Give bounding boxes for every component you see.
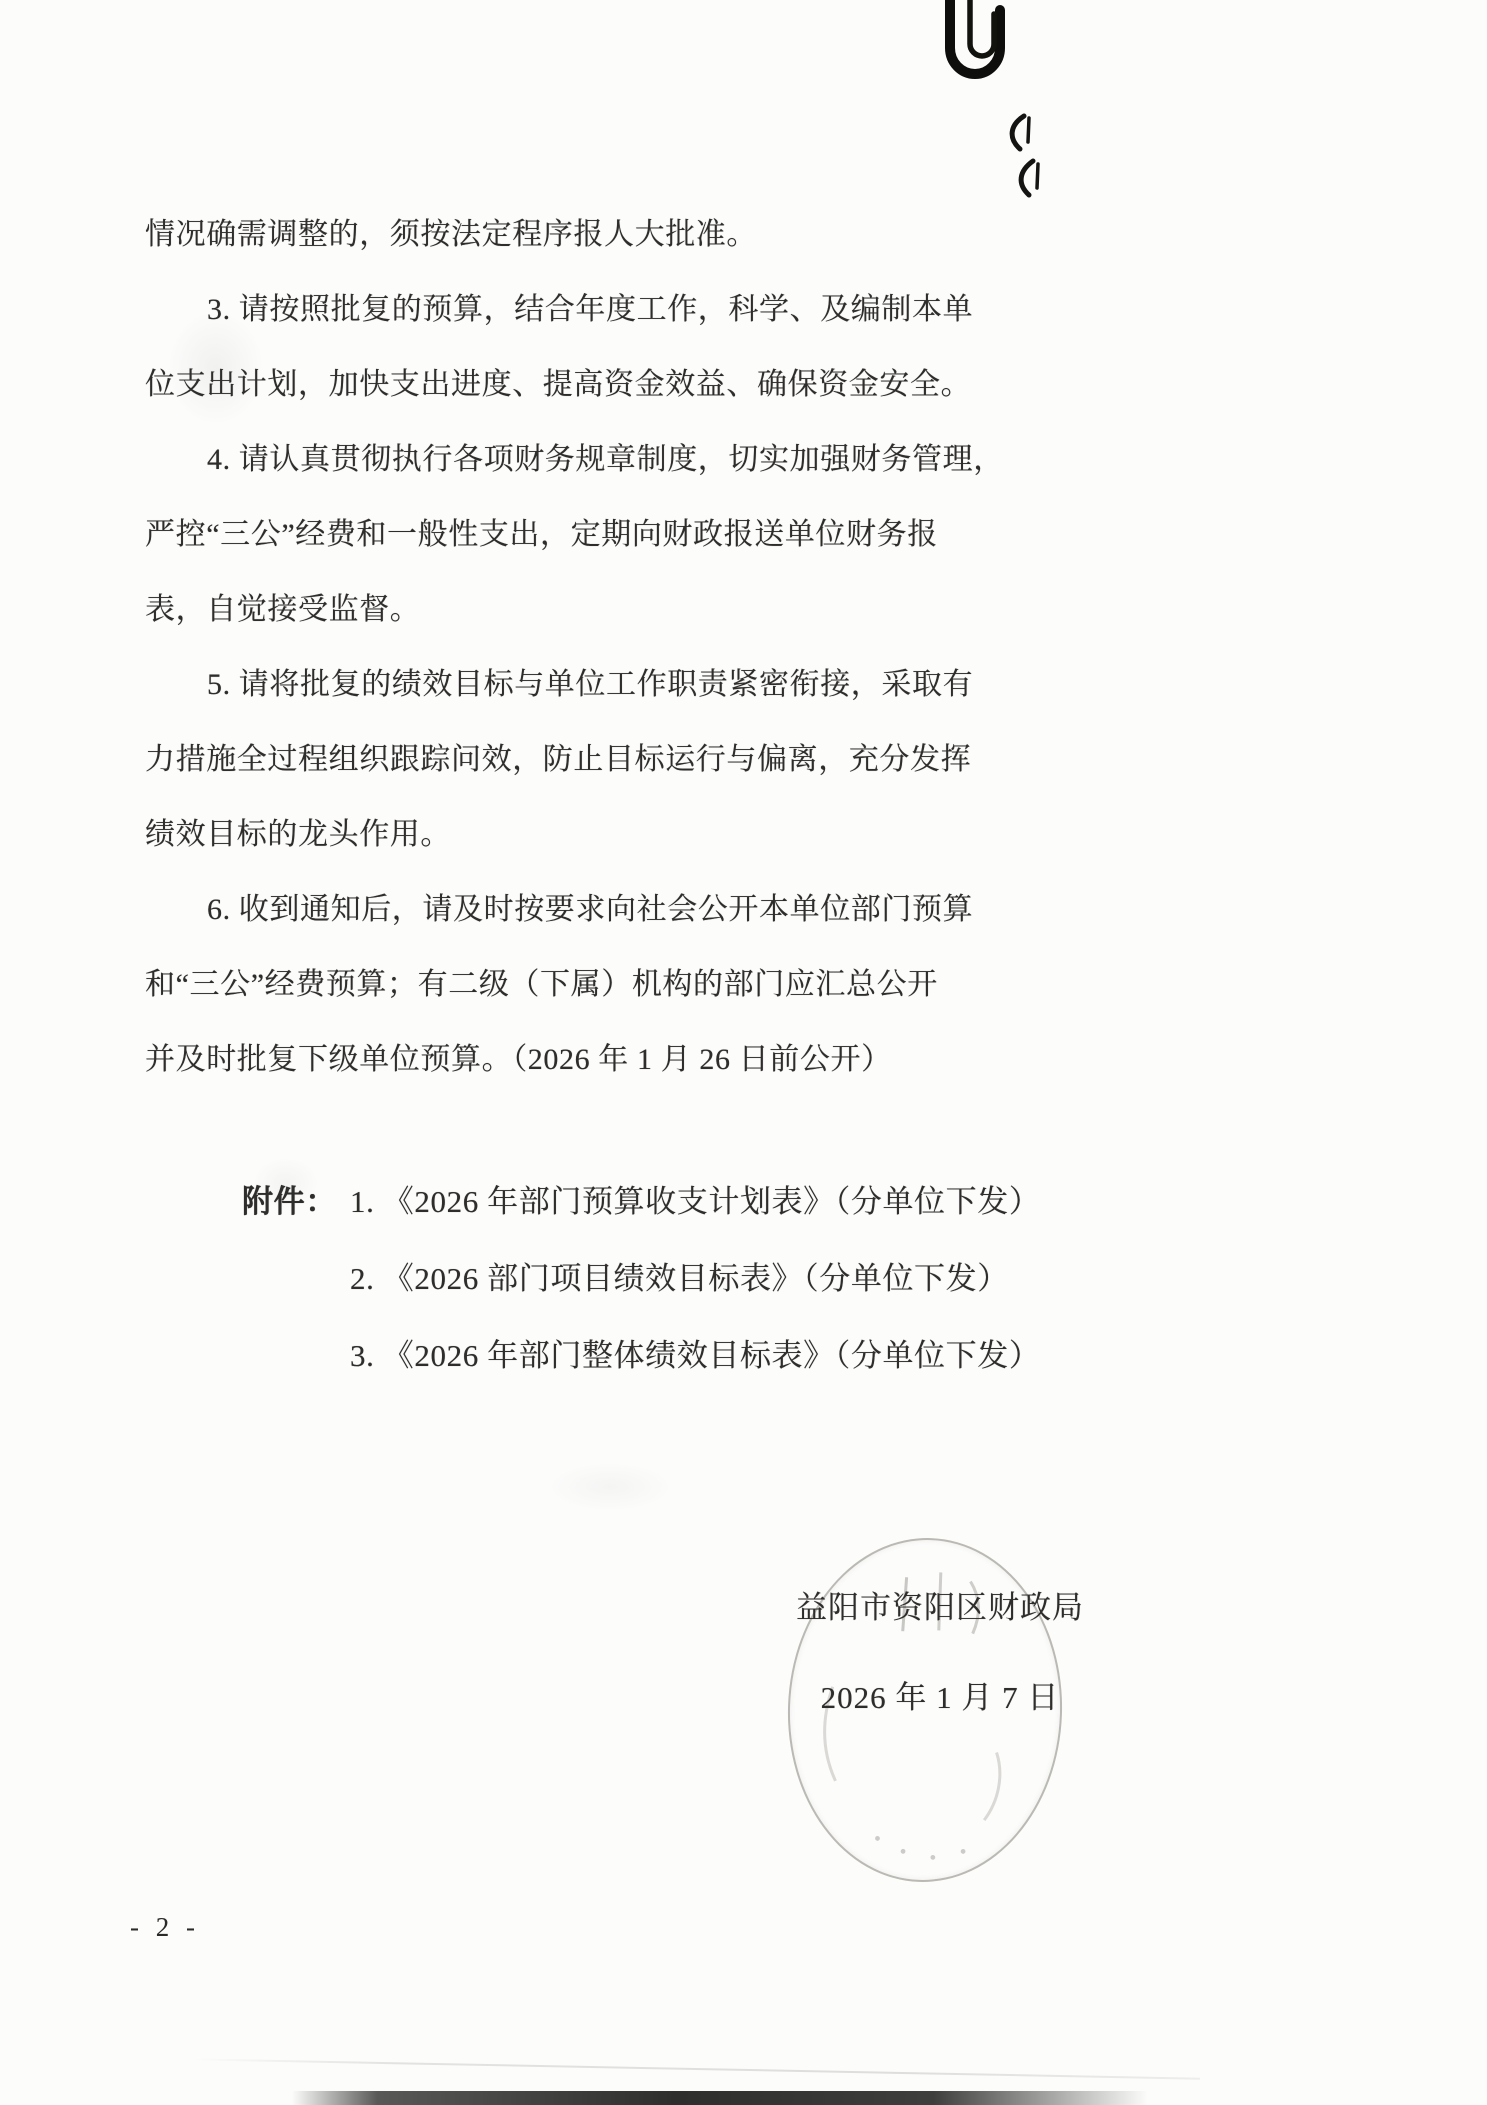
body-line: 绩效目标的龙头作用。	[145, 797, 1005, 872]
attachment-item: 附件： 1. 《2026 年部门预算收支计划表》（分单位下发）	[242, 1163, 1040, 1240]
attachment-title: 1. 《2026 年部门预算收支计划表》（分单位下发）	[350, 1163, 1040, 1240]
attachments-label: 附件：	[242, 1163, 350, 1240]
attachment-title: 2. 《2026 部门项目绩效目标表》（分单位下发）	[350, 1240, 1009, 1317]
attachment-item: 3. 《2026 年部门整体绩效目标表》（分单位下发）	[242, 1317, 1040, 1394]
scan-edge-shadow	[292, 2091, 1148, 2105]
attachment-item: 2. 《2026 部门项目绩效目标表》（分单位下发）	[242, 1240, 1040, 1317]
document-body: 情况确需调整的，须按法定程序报人大批准。 3. 请按照批复的预算，结合年度工作，…	[145, 197, 1005, 1097]
scan-mark-icon	[1000, 112, 1036, 154]
attachment-title: 3. 《2026 年部门整体绩效目标表》（分单位下发）	[350, 1317, 1040, 1394]
signature-date: 2026 年 1 月 7 日	[770, 1672, 1110, 1717]
body-line: 和“三公”经费预算；有二级（下属）机构的部门应汇总公开	[145, 947, 1005, 1022]
body-line: 4. 请认真贯彻执行各项财务规章制度，切实加强财务管理，	[145, 422, 1005, 497]
attachments-section: 附件： 1. 《2026 年部门预算收支计划表》（分单位下发） 2. 《2026…	[242, 1163, 1040, 1394]
body-line: 位支出计划，加快支出进度、提高资金效益、确保资金安全。	[145, 347, 1005, 422]
scan-crease-line	[190, 2058, 1200, 2079]
body-line: 3. 请按照批复的预算，结合年度工作，科学、及编制本单	[145, 272, 1005, 347]
attachments-label-spacer	[242, 1317, 350, 1394]
body-line: 力措施全过程组织跟踪问效，防止目标运行与偏离，充分发挥	[145, 722, 1005, 797]
scan-mark-icon	[1008, 156, 1044, 200]
signature-organization: 益阳市资阳区财政局	[770, 1582, 1110, 1627]
paperclip-icon	[936, 0, 1016, 98]
attachments-label-spacer	[242, 1240, 350, 1317]
body-line: 6. 收到通知后，请及时按要求向社会公开本单位部门预算	[145, 872, 1005, 947]
body-line: 表，自觉接受监督。	[145, 572, 1005, 647]
body-line: 情况确需调整的，须按法定程序报人大批准。	[145, 197, 1005, 272]
body-line: 并及时批复下级单位预算。（2026 年 1 月 26 日前公开）	[145, 1022, 1005, 1097]
scanned-document-page: 情况确需调整的，须按法定程序报人大批准。 3. 请按照批复的预算，结合年度工作，…	[0, 0, 1487, 2105]
body-line: 严控“三公”经费和一般性支出，定期向财政报送单位财务报	[145, 497, 1005, 572]
scan-smudge	[520, 1452, 700, 1522]
body-line: 5. 请将批复的绩效目标与单位工作职责紧密衔接，采取有	[145, 647, 1005, 722]
page-number: - 2 -	[130, 1912, 200, 1943]
